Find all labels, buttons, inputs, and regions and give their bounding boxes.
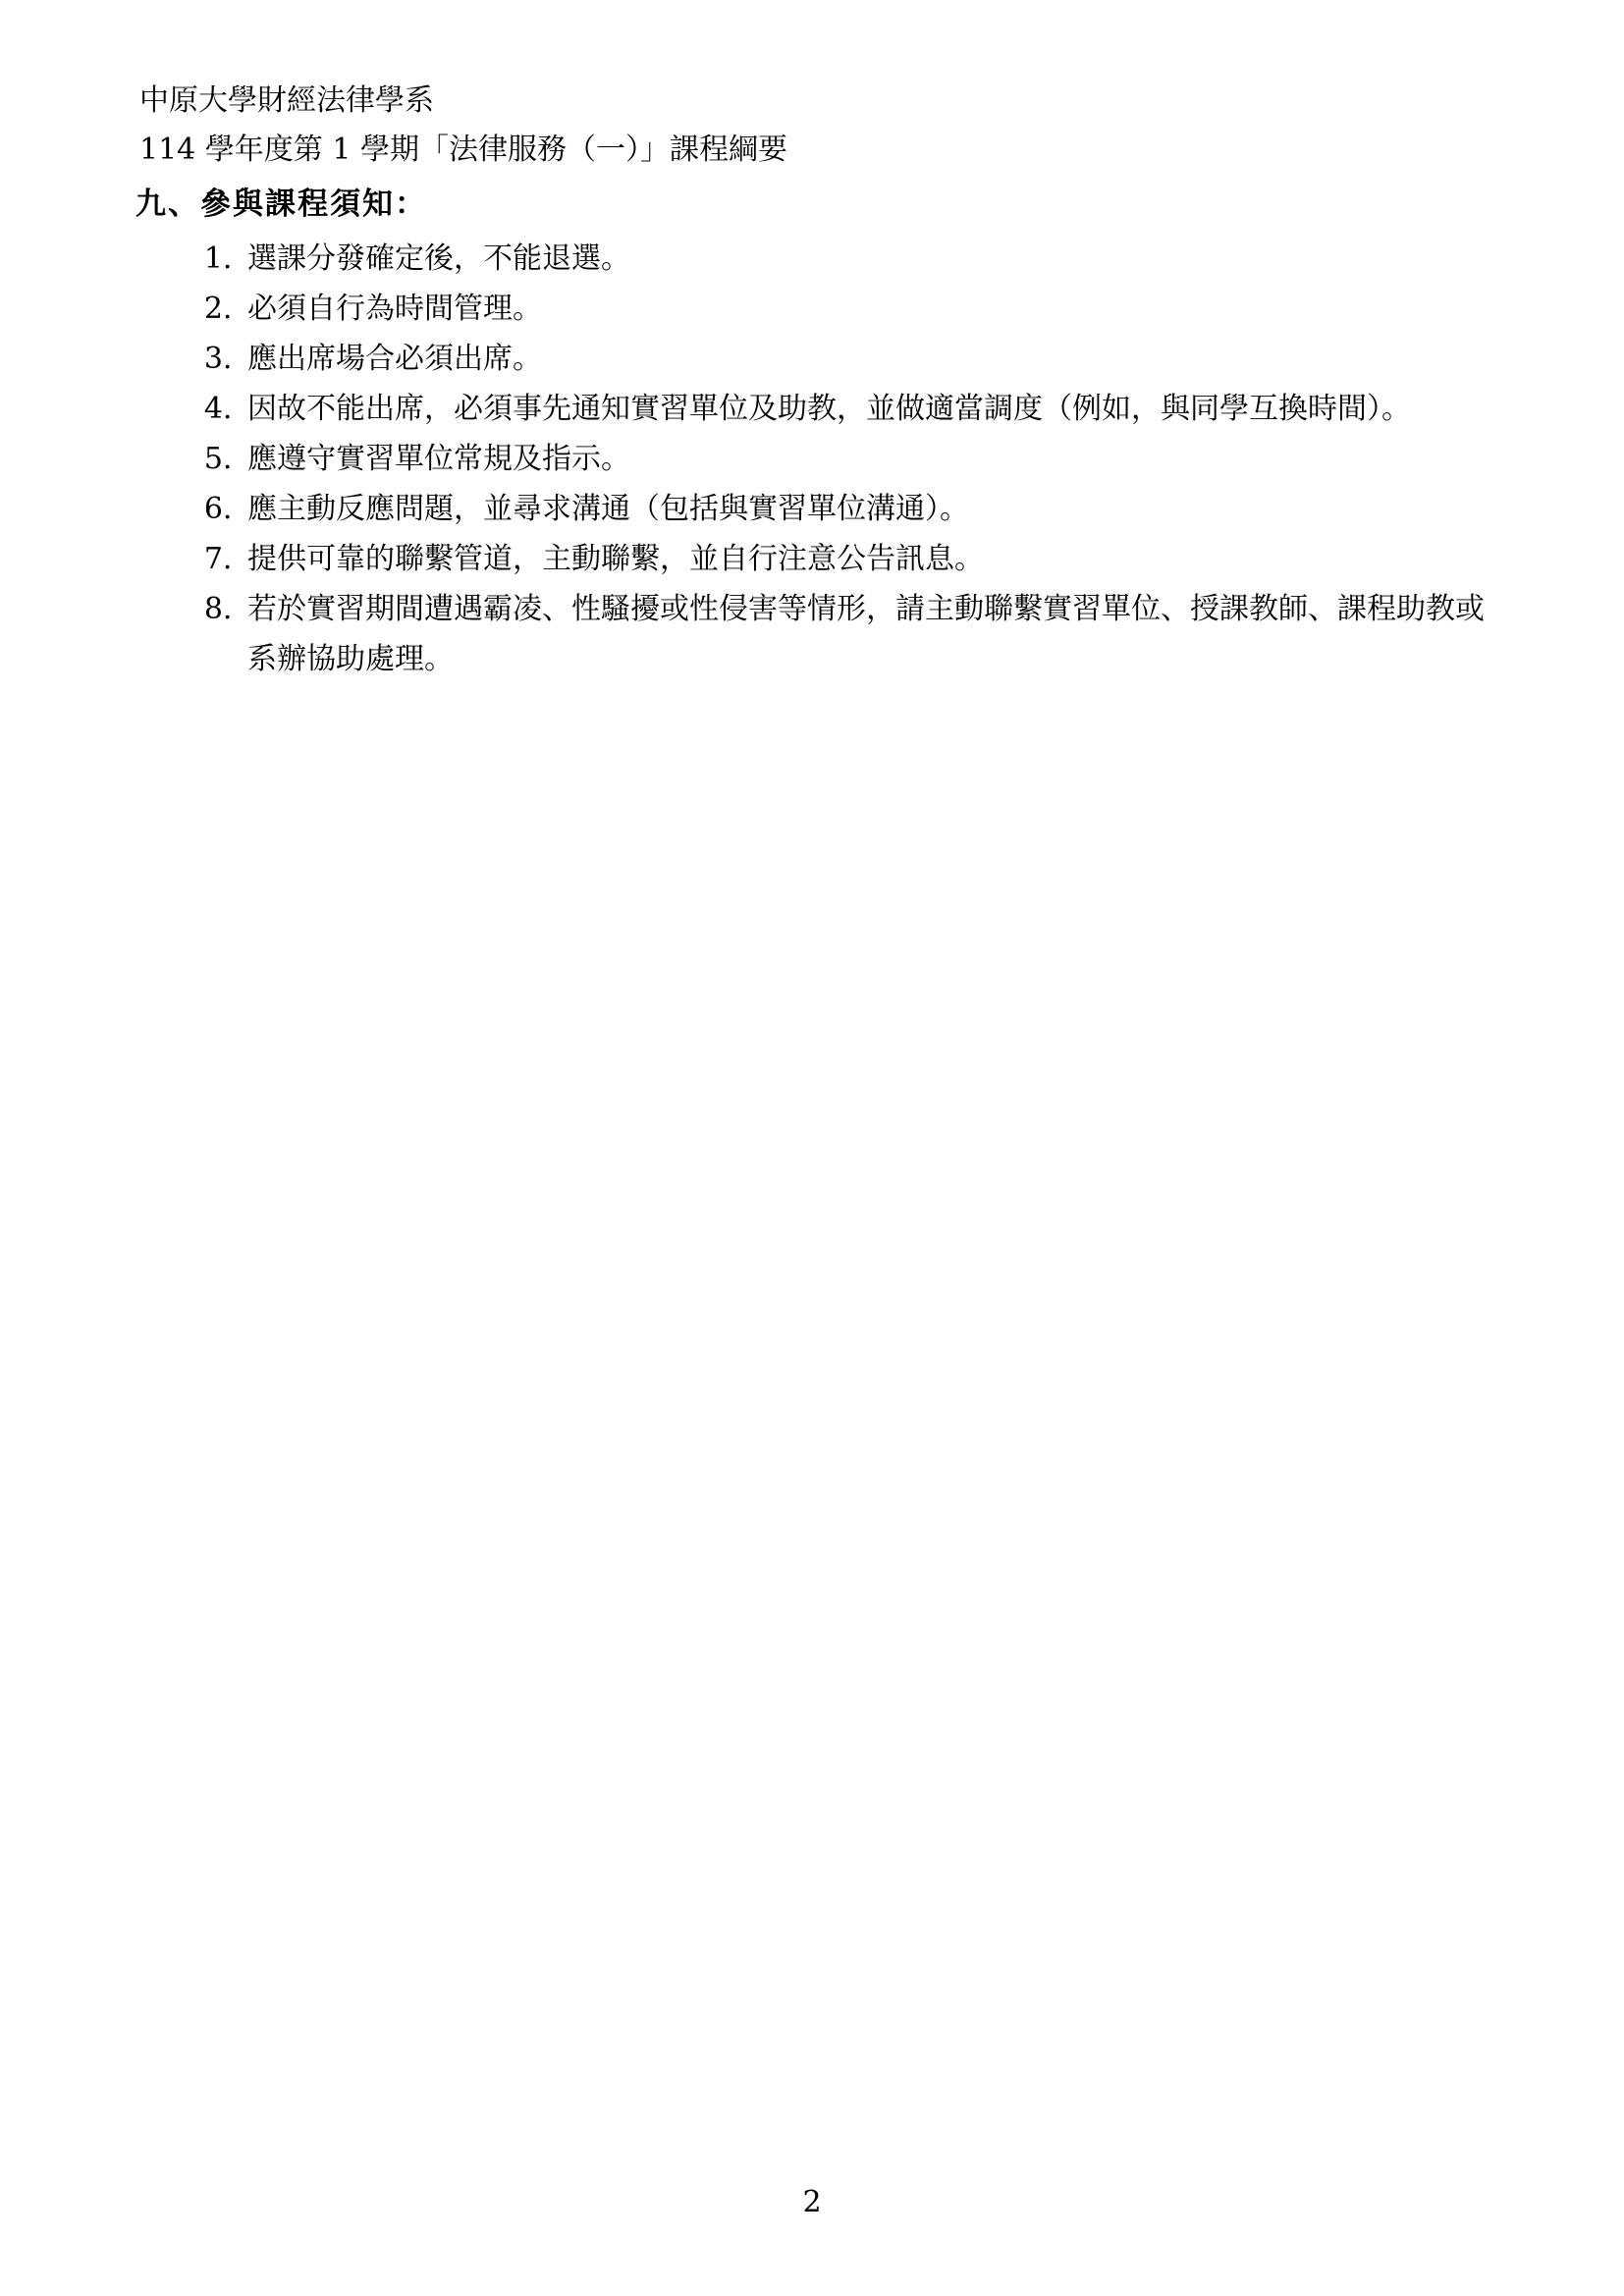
notice-item-5: 應遵守實習單位常規及指示。 <box>242 434 1510 484</box>
notice-item-2: 必須自行為時間管理。 <box>242 284 1510 334</box>
document-header: 中原大學財經法律學系 114 學年度第 1 學期「法律服務（一）」課程綱要 <box>139 77 787 175</box>
notice-item-7: 提供可靠的聯繫管道，主動聯繫，並自行注意公告訊息。 <box>242 534 1510 584</box>
document-page: 中原大學財經法律學系 114 學年度第 1 學期「法律服務（一）」課程綱要 九、… <box>0 0 1624 2296</box>
section-title: 九、參與課程須知： <box>135 179 427 223</box>
page-number: 2 <box>0 2185 1624 2220</box>
notice-item-3: 應出席場合必須出席。 <box>242 334 1510 384</box>
department-name: 中原大學財經法律學系 <box>139 77 787 126</box>
notice-list: 選課分發確定後，不能退選。 必須自行為時間管理。 應出席場合必須出席。 因故不能… <box>139 234 1510 684</box>
notice-item-8: 若於實習期間遭遇霸凌、性騷擾或性侵害等情形，請主動聯繫實習單位、授課教師、課程助… <box>242 584 1510 684</box>
notice-item-6: 應主動反應問題，並尋求溝通（包括與實習單位溝通）。 <box>242 484 1510 534</box>
notice-item-4: 因故不能出席，必須事先通知實習單位及助教，並做適當調度（例如，與同學互換時間）。 <box>242 384 1510 434</box>
course-title-line: 114 學年度第 1 學期「法律服務（一）」課程綱要 <box>139 126 787 175</box>
notice-item-1: 選課分發確定後，不能退選。 <box>242 234 1510 284</box>
